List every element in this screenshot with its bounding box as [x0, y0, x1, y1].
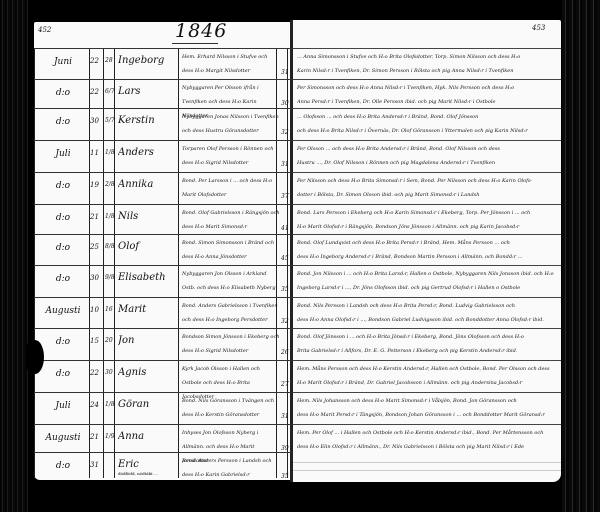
- witness-line: dotter i Bölsta, Dr. Simon Olsson ibid. …: [297, 188, 559, 202]
- entry-birth-day: 25: [90, 243, 102, 251]
- witness-line: Bond. Jon Nilsson i ... och H:o Brita La…: [297, 267, 559, 281]
- entry-month: Augusti: [38, 306, 88, 316]
- register-year: 1846: [175, 20, 227, 42]
- entry-child-name: Ingeborg: [118, 55, 174, 66]
- entry-month: d:o: [38, 274, 88, 284]
- entry-parents: Torparen Olof Persson i Rönnen och dess …: [182, 142, 280, 170]
- witness-line: Anna Persd:r i Tvenfiken, Dr. Olle Perss…: [297, 95, 559, 109]
- entry-baptism-day: 6/7: [105, 88, 114, 95]
- register-entry: d:o192/8AnnikaBond. Per Larsson i ... oc…: [34, 172, 292, 205]
- witness-line: dess H:o Marit Persd:r i Tängsjön, Bonds…: [297, 408, 559, 422]
- witness-line: Ingeborg Larsd:r i ..., Dr. Jöns Olofsso…: [297, 281, 559, 295]
- entry-birth-day: 30: [90, 117, 102, 125]
- entry-child-name: Nils: [118, 211, 174, 222]
- register-entry: d:o211/8NilsBond. Olof Gabrielsson i Rän…: [34, 204, 292, 235]
- entry-birth-day: 21: [90, 433, 102, 441]
- entry-baptism-day: 20: [105, 337, 114, 344]
- witness-line: Hem. Nils Johansson och dess H:o Marit S…: [297, 394, 559, 408]
- witness-line: Per Simonsson och dess H:o Anna Nilsd:r …: [297, 81, 559, 95]
- entry-month: d:o: [38, 369, 88, 379]
- witness-line: H:o Marit Olofsd:r i Bränd, Dr. Gabriel …: [297, 376, 559, 390]
- entry-mother-age: 45: [281, 255, 293, 262]
- entry-parents: Bond. Anders Gabrielsson i Tvenfiken och…: [182, 299, 280, 327]
- witness-line: dess H:o Anna Olofsd:r i ..., Bondson Ga…: [297, 313, 559, 327]
- witness-line: H:o Marit Olofsd:r i Rängsjön, Bondson J…: [297, 220, 559, 234]
- entry-month: d:o: [38, 337, 88, 347]
- entry-birth-day: 22: [90, 369, 102, 377]
- entry-month: d:o: [38, 181, 88, 191]
- entry-mother-age: 31: [281, 69, 293, 76]
- entry-birth-day: 15: [90, 337, 102, 345]
- entry-mother-age: 30: [281, 100, 293, 107]
- entry-child-name: Annika: [118, 179, 174, 190]
- entry-baptism-day: 1/9: [105, 433, 114, 440]
- book-binding-left: [0, 0, 28, 512]
- witness-line: Per Nilsson och dess H:o Brita Simonsd:r…: [297, 174, 559, 188]
- entry-month: Juni: [38, 57, 88, 67]
- entry-baptism-day: 9/8: [105, 274, 114, 281]
- entry-mother-age: 31: [281, 413, 293, 420]
- book-binding-right: [562, 0, 600, 512]
- entry-birth-day: 21: [90, 213, 102, 221]
- entry-parents: Nybyggaren Jonas Nilsson i Tvenfiken och…: [182, 110, 280, 138]
- entry-month: Juli: [38, 401, 88, 411]
- entry-mother-age: 26: [281, 349, 293, 356]
- entry-note: dödfödd, nödtäkt ...: [118, 471, 158, 476]
- entry-birth-day: 22: [90, 57, 102, 65]
- register-entry: d:o31EricBond. Anders Persson i Landsh o…: [34, 452, 292, 479]
- witness-line: Brita Gabrielsd:r i Allfors, Dr. E. G. P…: [297, 344, 559, 358]
- register-entry: Augusti1016MaritBond. Anders Gabrielsson…: [34, 297, 292, 329]
- witness-line: Bond. Olof Lundqvist och dess H:o Brita …: [297, 236, 559, 250]
- right-page-number: 453: [532, 24, 545, 32]
- entry-parents: Bond. Anders Persson i Landsh och dess H…: [182, 454, 280, 482]
- witness-line: Bond. Olof Jönsson i ... och H:o Brita J…: [297, 330, 559, 344]
- register-entry: Juni2228IngeborgHem. Erhard Nilsson i St…: [34, 48, 292, 80]
- register-entry: d:o226/7LarsNybyggaren Per Olsson ifrån …: [34, 79, 292, 109]
- year-underline: [172, 43, 218, 44]
- witness-line: ... Olofsson ... och dess H:o Brita Ande…: [297, 110, 559, 124]
- entry-mother-age: 35: [281, 473, 293, 480]
- entry-baptism-day: 8/8: [105, 243, 114, 250]
- witness-line: Hem. Per Olof ... i Hallen och Ostbole o…: [297, 426, 559, 440]
- entry-parents: Bond. Per Larsson i ... och dess H:o Mar…: [182, 174, 280, 202]
- entry-mother-age: 32: [281, 129, 293, 136]
- register-entry: d:o2230AgnisKyrk Jacob Olsson i Hallen o…: [34, 360, 292, 393]
- entry-parents: Bondson Simon Jönsson i Ekeberg och dess…: [182, 330, 280, 358]
- entry-child-name: Göran: [118, 399, 174, 410]
- entry-child-name: Jon: [118, 335, 174, 346]
- entry-mother-age: 27: [281, 381, 293, 388]
- entry-child-name: Anders: [118, 147, 174, 158]
- witness-line: ... Anna Simonsson i Stufve och H:o Brit…: [297, 50, 559, 64]
- entry-month: d:o: [38, 88, 88, 98]
- entry-baptism-day: 30: [105, 369, 114, 376]
- entry-parents: Bond. Olof Gabrielsson i Rängsjön och de…: [182, 206, 280, 234]
- entry-baptism-day: 2/8: [105, 181, 114, 188]
- entry-child-name: Olof: [118, 241, 174, 252]
- register-entry: Juli241/8GöranBond. Nils Göransson i Tvä…: [34, 392, 292, 425]
- witness-line: dess H:o Ingeborg Andersd:r i Bränd, Bon…: [297, 250, 559, 264]
- witness-line: och dess H:o Brita Nilsd:r i Övernäs, Dr…: [297, 124, 559, 138]
- entry-child-name: Lars: [118, 86, 174, 97]
- entry-parents: Bond. Nils Göransson i Tvängen och dess …: [182, 394, 280, 422]
- register-entry: Juli111/8AndersTorparen Olof Persson i R…: [34, 140, 292, 173]
- entry-mother-age: 32: [281, 318, 293, 325]
- entry-birth-day: 22: [90, 88, 102, 96]
- witness-line: Karin Nilsd:r i Tvenfiken, Dr. Simon Per…: [297, 64, 559, 78]
- entry-baptism-day: 5/7: [105, 117, 114, 124]
- entry-month: d:o: [38, 213, 88, 223]
- witness-line: Per Olsson ... och dess H:o Brita Anders…: [297, 142, 559, 156]
- entry-birth-day: 10: [90, 306, 102, 314]
- entry-month: Augusti: [38, 433, 88, 443]
- ruled-line: [293, 470, 561, 471]
- entry-birth-day: 19: [90, 181, 102, 189]
- entry-parents: Hem. Erhard Nilsson i Stufve och dess H:…: [182, 50, 280, 78]
- entry-baptism-day: 1/8: [105, 401, 114, 408]
- witness-line: Bond. Lars Persson i Ekeberg och H:o Kar…: [297, 206, 559, 220]
- register-entry: Augusti211/9AnnaInhyses Jon Olofsson Nyb…: [34, 424, 292, 453]
- witness-line: Bond. Nils Persson i Landsh och dess H:o…: [297, 299, 559, 313]
- entry-mother-age: 37: [281, 193, 293, 200]
- ruled-line: [293, 462, 561, 463]
- entry-baptism-day: 1/8: [105, 149, 114, 156]
- entry-mother-age: 41: [281, 225, 293, 232]
- witness-line: dess H:o Elin Olofsd:r i Allmänn., Dr. N…: [297, 440, 559, 454]
- entry-child-name: Marit: [118, 304, 174, 315]
- entry-mother-age: 31: [281, 161, 293, 168]
- entry-baptism-day: 1/8: [105, 213, 114, 220]
- witness-line: Hustru ..., Dr. Olof Nilsson i Rönnen oc…: [297, 156, 559, 170]
- register-entry: d:o305/7KerstinNybyggaren Jonas Nilsson …: [34, 108, 292, 141]
- entry-baptism-day: 28: [105, 57, 114, 64]
- register-entry: d:o1520JonBondson Simon Jönsson i Ekeber…: [34, 328, 292, 361]
- entry-birth-day: 24: [90, 401, 102, 409]
- entry-child-name: Anna: [118, 431, 174, 442]
- entry-month: Juli: [38, 149, 88, 159]
- entry-child-name: Elisabeth: [118, 272, 174, 283]
- witness-line: Hem. Måns Persson och dess H:o Kerstin A…: [297, 362, 559, 376]
- left-page-number: 452: [38, 26, 51, 34]
- register-entry: d:o258/8OlofBond. Simon Simonsson i Brän…: [34, 234, 292, 266]
- register-entry: d:o309/8ElisabethNybyggaren Jon Olsson i…: [34, 265, 292, 298]
- entry-month: d:o: [38, 243, 88, 253]
- entry-child-name: Kerstin: [118, 115, 174, 126]
- entry-birth-day: 31: [90, 461, 102, 469]
- entry-month: d:o: [38, 117, 88, 127]
- entry-month: d:o: [38, 461, 88, 471]
- entry-child-name: Eric: [118, 459, 174, 470]
- entry-parents: Bond. Simon Simonsson i Bränd och dess H…: [182, 236, 280, 264]
- entry-baptism-day: 16: [105, 306, 114, 313]
- entry-birth-day: 11: [90, 149, 102, 157]
- entry-child-name: Agnis: [118, 367, 174, 378]
- ink-stain: [26, 340, 44, 374]
- entry-mother-age: 39: [281, 445, 293, 452]
- entry-parents: Nybyggaren Jon Olsson i Arkland Ostb. oc…: [182, 267, 280, 295]
- entry-mother-age: 35: [281, 286, 293, 293]
- entry-birth-day: 30: [90, 274, 102, 282]
